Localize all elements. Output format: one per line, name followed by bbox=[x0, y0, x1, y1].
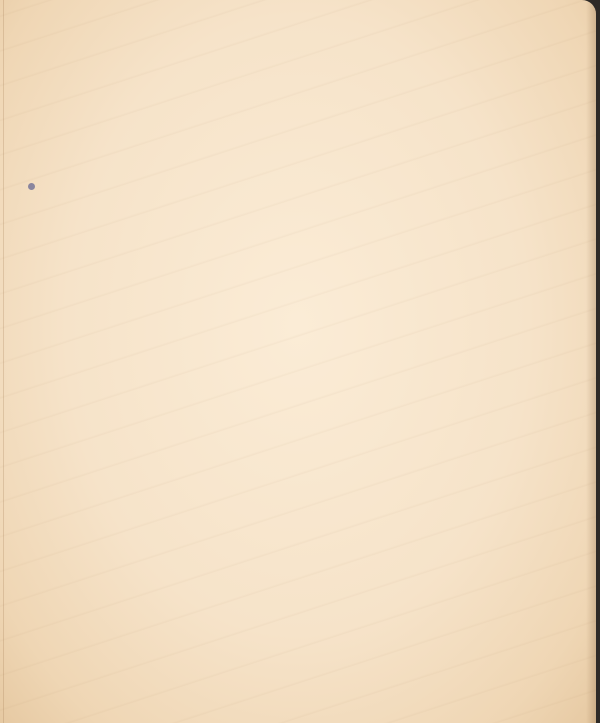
page-left-edge bbox=[3, 0, 4, 723]
manuscript-page bbox=[0, 0, 596, 723]
page-edge-shadow bbox=[586, 0, 596, 723]
ink-blot bbox=[28, 183, 35, 190]
